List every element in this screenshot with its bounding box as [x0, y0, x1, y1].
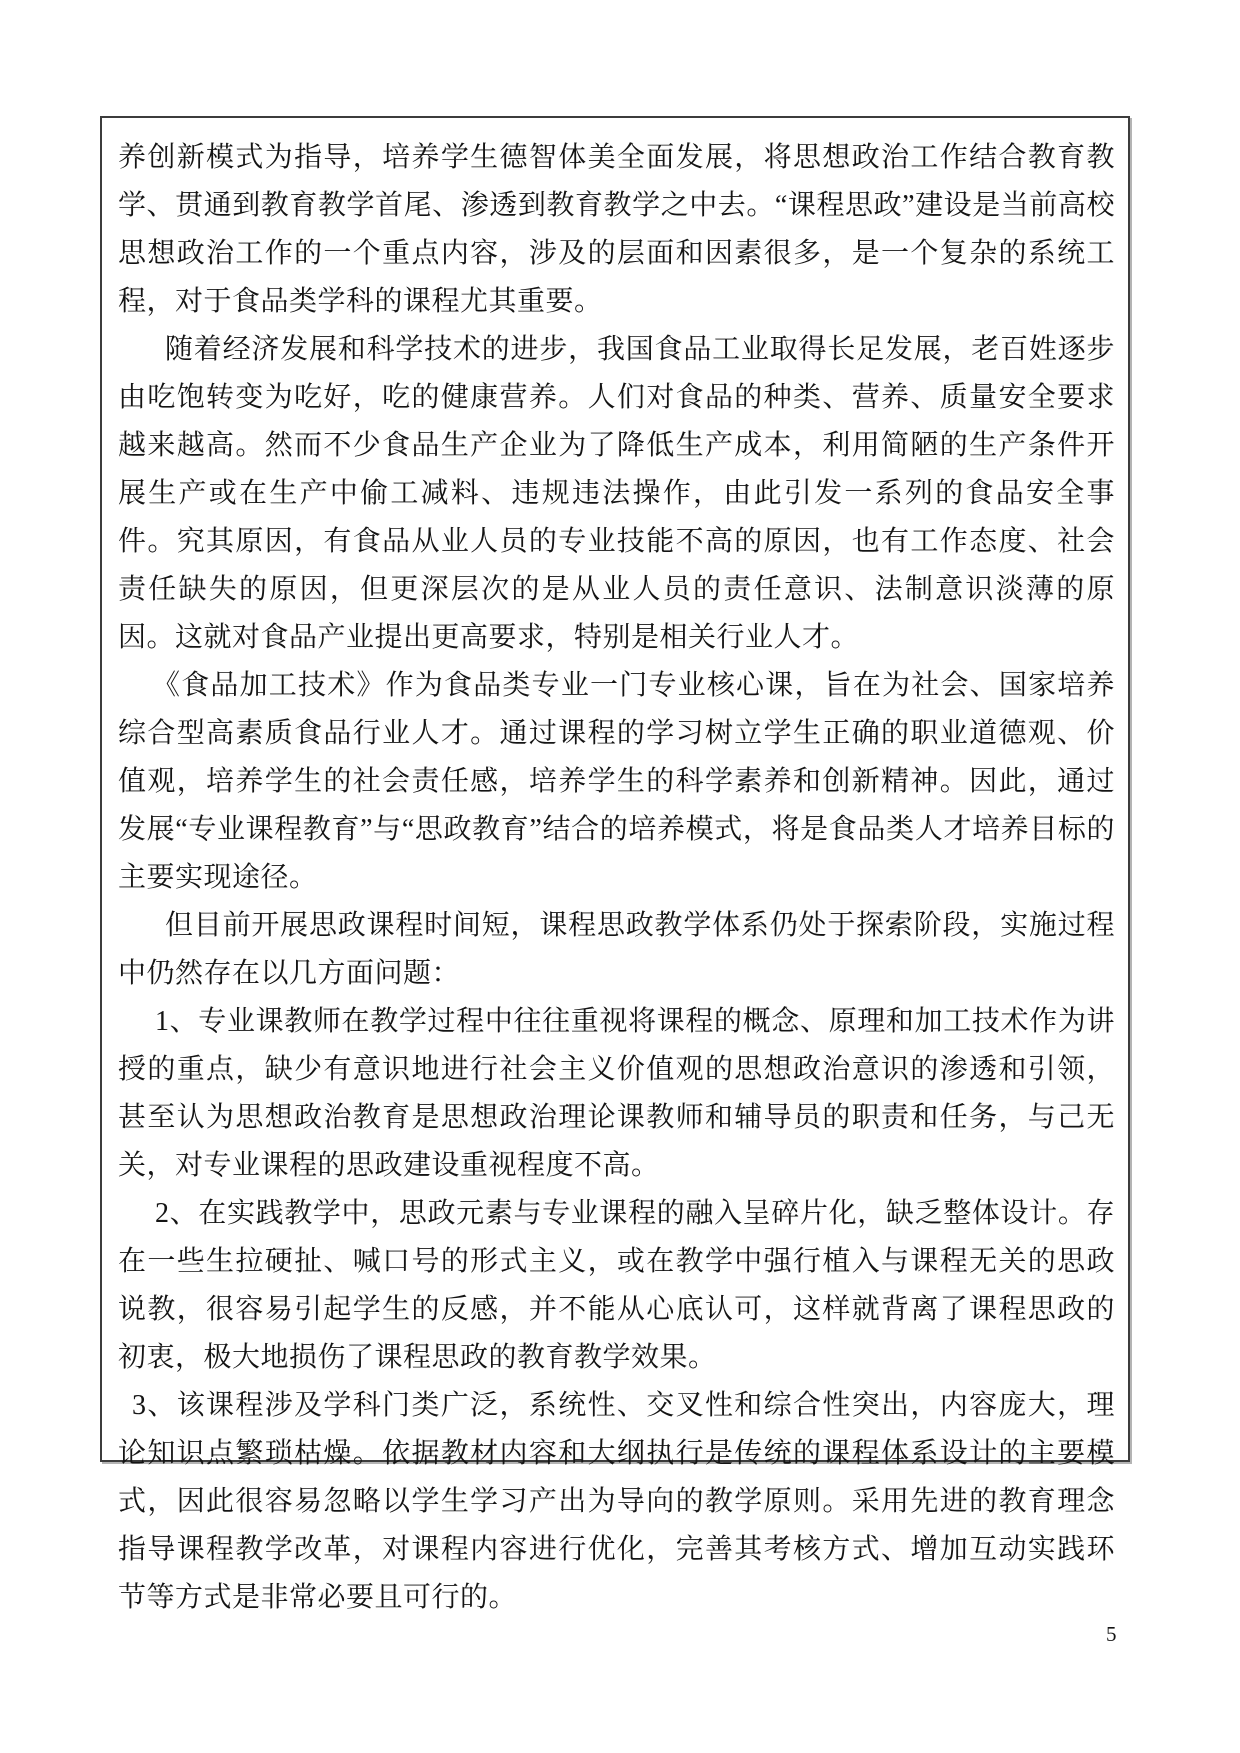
- paragraph-course-intro: 《食品加工技术》作为食品类专业一门专业核心课，旨在为社会、国家培养综合型高素质食…: [118, 662, 1115, 902]
- paragraph-food-industry: 随着经济发展和科学技术的进步，我国食品工业取得长足发展，老百姓逐步由吃饱转变为吃…: [118, 326, 1115, 662]
- paragraph-problem-2: 2、在实践教学中，思政元素与专业课程的融入呈碎片化，缺乏整体设计。存在一些生拉硬…: [118, 1190, 1115, 1382]
- paragraph-problem-3: 3、该课程涉及学科门类广泛，系统性、交叉性和综合性突出，内容庞大，理论知识点繁琐…: [118, 1382, 1115, 1622]
- paragraph-problem-1: 1、专业课教师在教学过程中往往重视将课程的概念、原理和加工技术作为讲授的重点，缺…: [118, 998, 1115, 1190]
- page-number: 5: [1106, 1622, 1117, 1647]
- document-page: { "page": { "number": "5" }, "colors": {…: [0, 0, 1240, 1753]
- paragraph-continuation: 养创新模式为指导，培养学生德智体美全面发展，将思想政治工作结合教育教学、贯通到教…: [118, 134, 1115, 326]
- paragraph-problems-intro: 但目前开展思政课程时间短，课程思政教学体系仍处于探索阶段，实施过程中仍然存在以几…: [118, 902, 1115, 998]
- body-text-cell: 养创新模式为指导，培养学生德智体美全面发展，将思想政治工作结合教育教学、贯通到教…: [100, 116, 1130, 1462]
